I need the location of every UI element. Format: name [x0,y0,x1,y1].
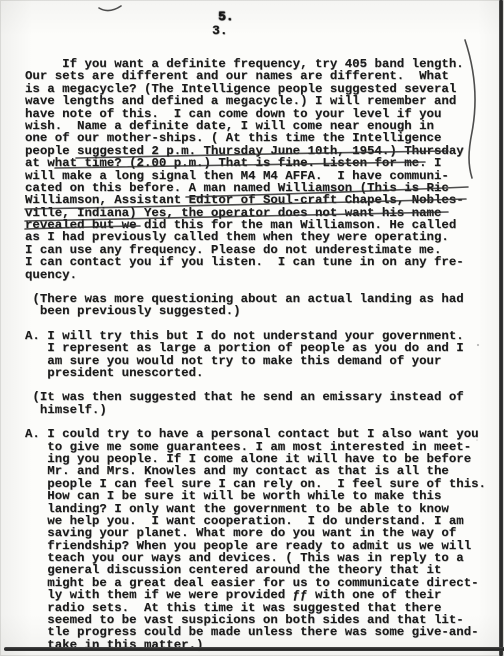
text-line: general discussion centered around the t… [25,564,495,576]
text-line: quency. [25,269,495,281]
parenthetical-emissary: (It was then suggested that he send an e… [25,391,495,416]
text-line: saving your planet. What more do you wan… [25,527,495,539]
text-line: president unescorted. [25,367,495,379]
text-line: I can contact you if you listen. I can t… [25,256,495,268]
pen-tick-top-left-icon [99,6,121,11]
document-body: If you want a definite frequency, try 40… [25,58,495,656]
scanned-document-page: 5. 3. If you want a definite frequency, … [0,0,504,656]
answer-personal-contact: A. I could try to have a personal contac… [25,428,495,651]
scan-page-edge-bottom [4,647,504,651]
text-line: wave lengths and defined a megacycle.) I… [25,95,495,107]
page-number-overstruck: 5. [218,9,234,24]
text-line: Mr. and Mrs. Knowles and my contact as t… [25,465,495,477]
text-line: as I had previously called them when the… [25,231,495,243]
scan-page-edge-right [499,0,503,656]
text-line: himself.) [25,404,495,416]
page-number: 3. [212,23,228,38]
text-line: (It was then suggested that he send an e… [25,391,495,403]
text-line: one of our mother-ships. ( At this time … [25,132,495,144]
text-line: A. I could try to have a personal contac… [25,428,495,440]
text-line: been previously suggested.) [25,305,495,317]
parenthetical-landing: (There was more questioning about an act… [25,293,495,318]
text-line: tle progress could be made unless there … [25,626,495,638]
text-line: Our sets are different and our names are… [25,70,495,82]
text-line: Williamson, Assistant Editor of Soul-cra… [25,194,495,206]
answer-government: A. I will try this but I do not understa… [25,330,495,380]
text-line: at what time? (2.00 p.m.) That is fine. … [25,157,495,169]
text-line: ly with them if we were provided ƒƒ with… [25,589,495,601]
paragraph-frequency: If you want a definite frequency, try 40… [25,58,495,281]
text-line: I represent as large a portion of people… [25,342,495,354]
text-line: How can I be sure it will be worth while… [25,490,495,502]
